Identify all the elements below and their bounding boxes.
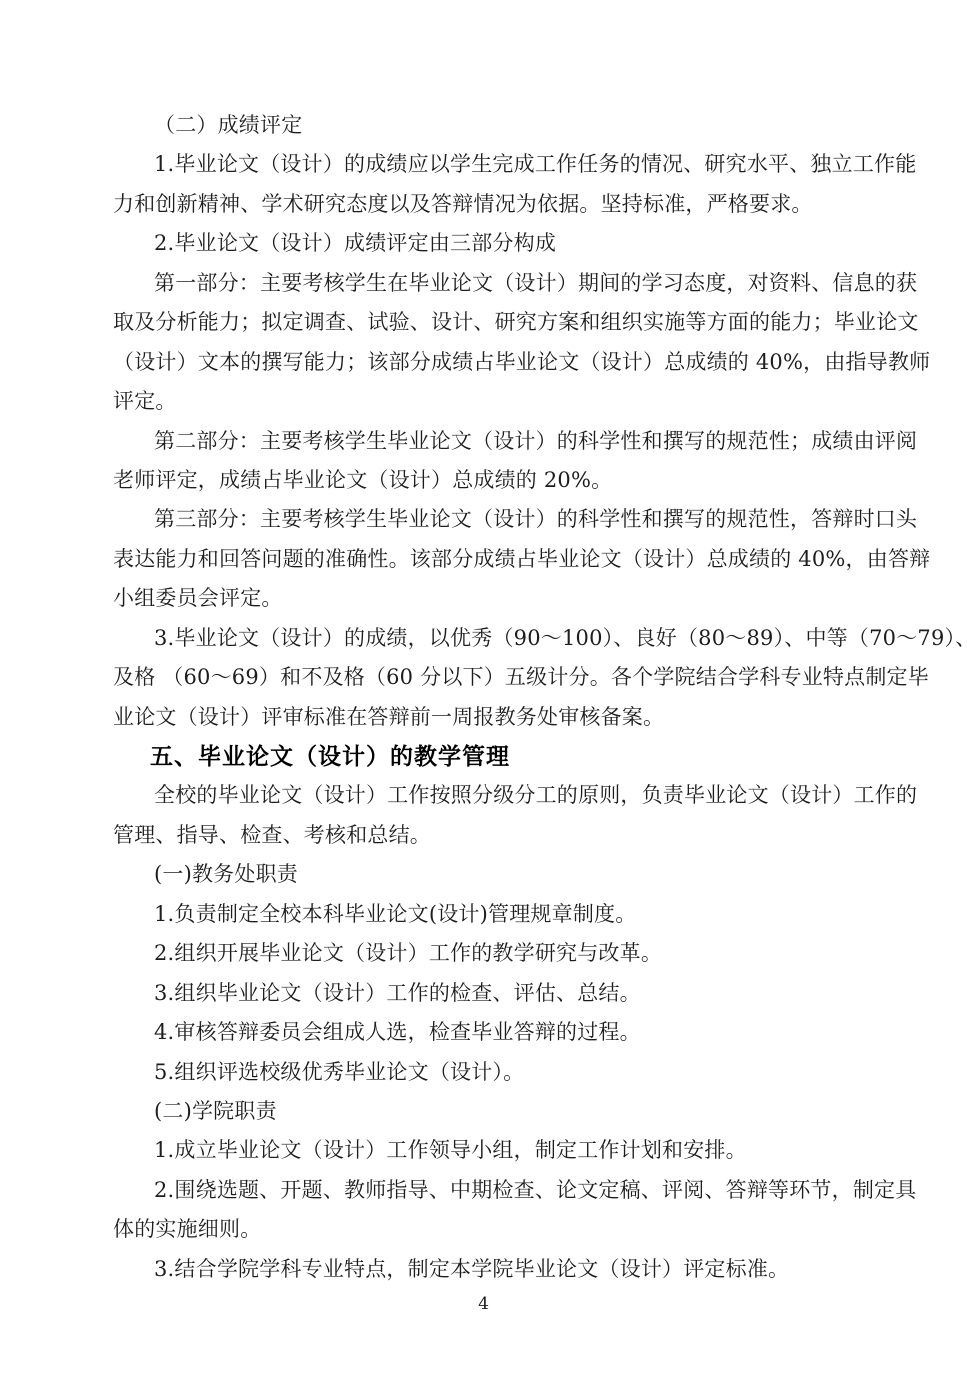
text-line: 第一部分：主要考核学生在毕业论文（设计）期间的学习态度，对资料、信息的获 <box>113 264 875 303</box>
text-line: 体的实施细则。 <box>113 1210 875 1249</box>
text-line: (二)学院职责 <box>113 1092 875 1131</box>
text-line: (一)教务处职责 <box>113 855 875 894</box>
text-line: 业论文（设计）评审标准在答辩前一周报教务处审核备案。 <box>113 698 875 737</box>
text-line: 3.结合学院学科专业特点，制定本学院毕业论文（设计）评定标准。 <box>113 1250 875 1289</box>
text-line: 小组委员会评定。 <box>113 579 875 618</box>
page-number: 4 <box>0 1294 967 1314</box>
text-line: 3.组织毕业论文（设计）工作的检查、评估、总结。 <box>113 974 875 1013</box>
text-line: 管理、指导、检查、考核和总结。 <box>113 816 875 855</box>
text-line: 全校的毕业论文（设计）工作按照分级分工的原则，负责毕业论文（设计）工作的 <box>113 776 875 815</box>
text-line: 第三部分：主要考核学生毕业论文（设计）的科学性和撰写的规范性，答辩时口头 <box>113 500 875 539</box>
text-line: （二）成绩评定 <box>113 106 875 145</box>
text-line: 取及分析能力；拟定调查、试验、设计、研究方案和组织实施等方面的能力；毕业论文 <box>113 303 875 342</box>
text-line: 4.审核答辩委员会组成人选，检查毕业答辩的过程。 <box>113 1013 875 1052</box>
section-heading: 五、毕业论文（设计）的教学管理 <box>113 737 875 776</box>
text-line: 5.组织评选校级优秀毕业论文（设计）。 <box>113 1053 875 1092</box>
text-line: 3.毕业论文（设计）的成绩，以优秀（90～100）、良好（80～89）、中等（7… <box>113 619 875 658</box>
text-line: 1.负责制定全校本科毕业论文(设计)管理规章制度。 <box>113 895 875 934</box>
text-line: 2.毕业论文（设计）成绩评定由三部分构成 <box>113 224 875 263</box>
text-line: 表达能力和回答问题的准确性。该部分成绩占毕业论文（设计）总成绩的 40%，由答辩 <box>113 540 875 579</box>
text-line: 2.组织开展毕业论文（设计）工作的教学研究与改革。 <box>113 934 875 973</box>
text-line: 1.成立毕业论文（设计）工作领导小组，制定工作计划和安排。 <box>113 1131 875 1170</box>
text-line: 力和创新精神、学术研究态度以及答辩情况为依据。坚持标准，严格要求。 <box>113 185 875 224</box>
text-line: （设计）文本的撰写能力；该部分成绩占毕业论文（设计）总成绩的 40%，由指导教师 <box>113 343 875 382</box>
text-line: 评定。 <box>113 382 875 421</box>
document-body: （二）成绩评定1.毕业论文（设计）的成绩应以学生完成工作任务的情况、研究水平、独… <box>113 106 875 1289</box>
text-line: 第二部分：主要考核学生毕业论文（设计）的科学性和撰写的规范性；成绩由评阅 <box>113 422 875 461</box>
document-page: （二）成绩评定1.毕业论文（设计）的成绩应以学生完成工作任务的情况、研究水平、独… <box>0 0 967 1383</box>
text-line: 老师评定，成绩占毕业论文（设计）总成绩的 20%。 <box>113 461 875 500</box>
text-line: 2.围绕选题、开题、教师指导、中期检查、论文定稿、评阅、答辩等环节，制定具 <box>113 1171 875 1210</box>
text-line: 1.毕业论文（设计）的成绩应以学生完成工作任务的情况、研究水平、独立工作能 <box>113 145 875 184</box>
text-line: 及格 （60～69）和不及格（60 分以下）五级计分。各个学院结合学科专业特点制… <box>113 658 875 697</box>
